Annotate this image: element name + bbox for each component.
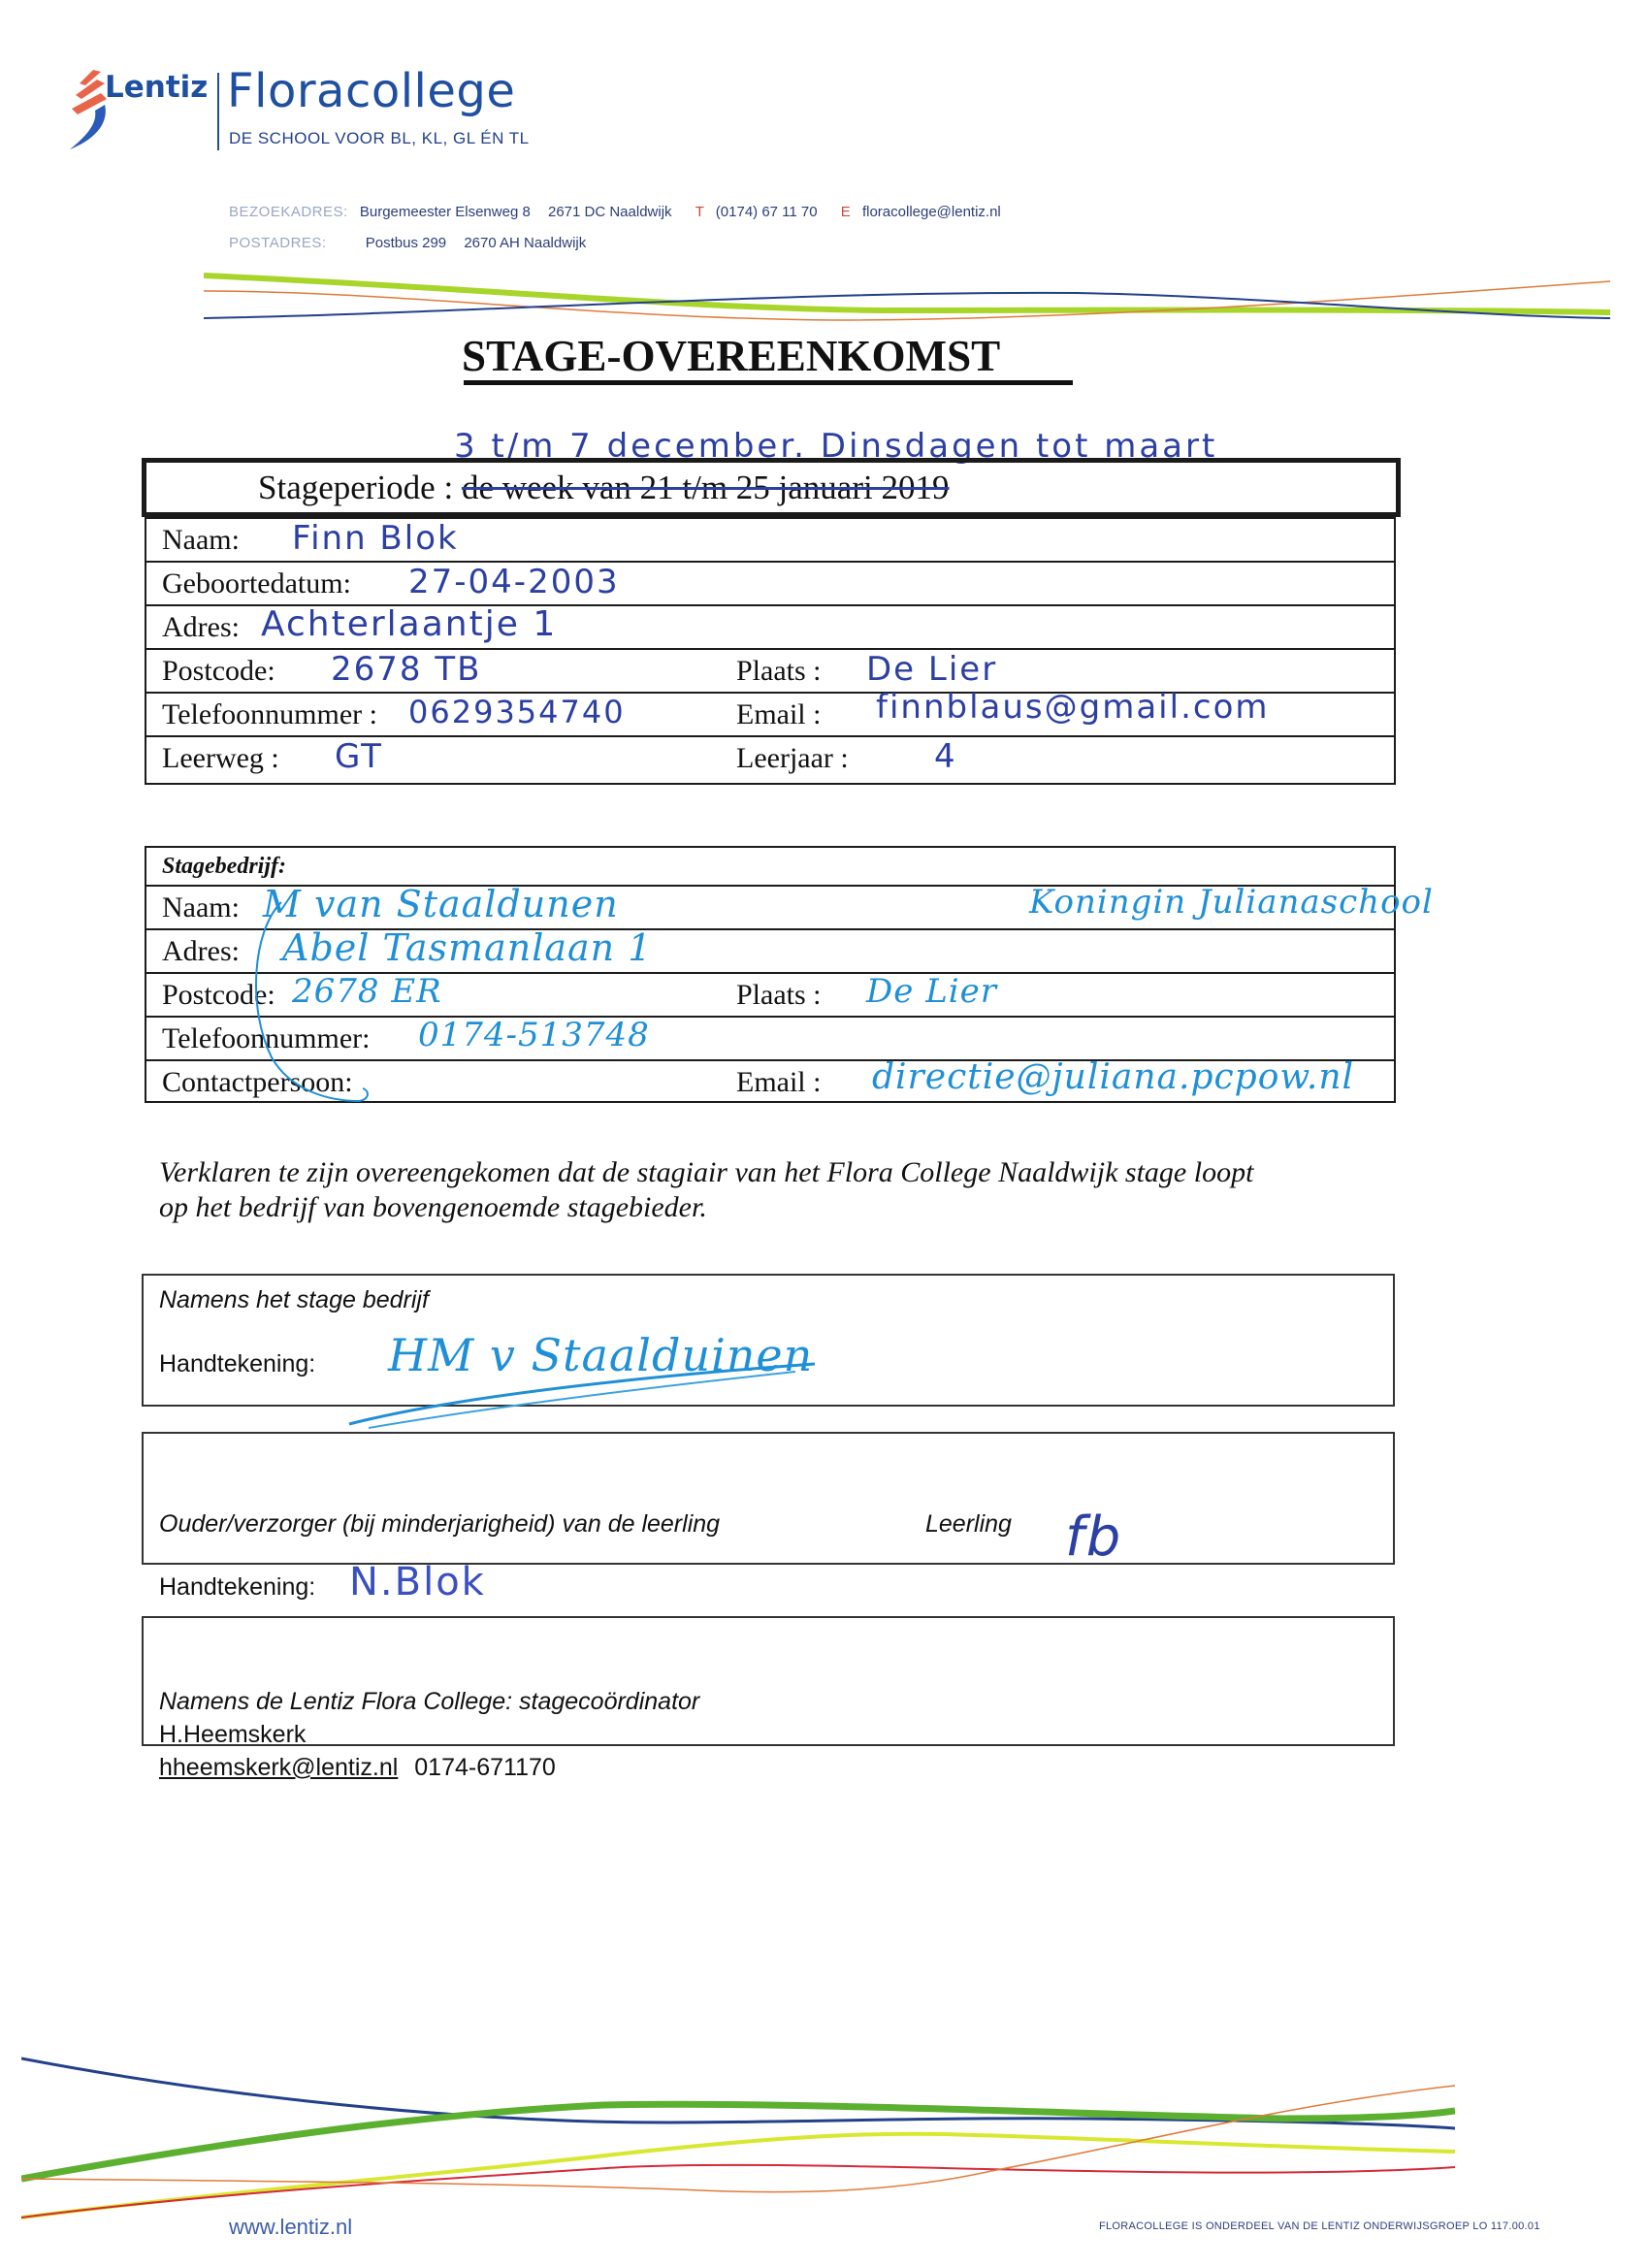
- field-label: Naam:: [162, 891, 240, 924]
- postal-label: POSTADRES:: [229, 235, 327, 251]
- school-coordinator-box: [142, 1616, 1395, 1746]
- title-underline: [464, 380, 1073, 385]
- field-label: Naam:: [162, 524, 240, 557]
- field-label: Telefoonnummer :: [162, 698, 377, 731]
- statement-line-1: Verklaren te zijn overeengekomen dat de …: [159, 1156, 1253, 1189]
- student-signature-label: Leerling: [925, 1510, 1012, 1539]
- student-info-table: Naam: Finn Blok Geboortedatum: 27-04-200…: [145, 517, 1396, 785]
- student-row-naam: Naam: Finn Blok: [146, 519, 1394, 563]
- company-email-value[interactable]: directie@juliana.pcpow.nl: [872, 1057, 1354, 1097]
- student-row-geboortedatum: Geboortedatum: 27-04-2003: [146, 563, 1394, 606]
- company-city-value[interactable]: De Lier: [866, 972, 997, 1011]
- student-city-value[interactable]: De Lier: [866, 650, 997, 689]
- field-label: Postcode:: [162, 655, 275, 688]
- footer-note: FLORACOLLEGE IS ONDERDEEL VAN DE LENTIZ …: [1099, 2220, 1540, 2232]
- school-coordinator-phone: 0174-671170: [414, 1754, 556, 1781]
- company-phone-value[interactable]: 0174-513748: [418, 1016, 650, 1054]
- logo-tagline: DE SCHOOL VOOR BL, KL, GL ÉN TL: [229, 129, 530, 148]
- parent-signature[interactable]: N.Blok: [349, 1560, 486, 1604]
- student-birthdate-value[interactable]: 27-04-2003: [408, 563, 620, 601]
- handwritten-bracket-mark: [242, 892, 417, 1116]
- parent-signature-heading: Ouder/verzorger (bij minderjarigheid) va…: [159, 1510, 720, 1539]
- school-coordinator-contact: hheemskerk@lentiz.nl 0174-671170: [159, 1754, 556, 1782]
- email-prefix: E: [841, 204, 851, 220]
- student-leerjaar-value[interactable]: 4: [934, 737, 957, 776]
- stageperiode-line: Stageperiode : de week van 21 t/m 25 jan…: [258, 469, 949, 507]
- student-row-telefoon: Telefoonnummer : 0629354740 Email : finn…: [146, 694, 1394, 737]
- visit-address: Burgemeester Elsenweg 8: [360, 204, 531, 220]
- postal-address: Postbus 299: [366, 235, 446, 251]
- field-label: Adres:: [162, 935, 240, 968]
- postal-address-line: POSTADRES: Postbus 299 2670 AH Naaldwijk: [229, 235, 586, 251]
- field-label: Leerweg :: [162, 742, 279, 775]
- student-name-value[interactable]: Finn Blok: [292, 519, 459, 558]
- logo-divider: [217, 73, 219, 150]
- school-coordinator-heading: Namens de Lentiz Flora College: stagecoö…: [159, 1688, 699, 1716]
- field-label: Plaats :: [736, 979, 822, 1012]
- field-label: Geboortedatum:: [162, 567, 351, 600]
- page-title: STAGE-OVEREENKOMST: [462, 330, 1000, 381]
- student-phone-value[interactable]: 0629354740: [408, 694, 626, 730]
- stageperiode-struck-value: de week van 21 t/m 25 januari 2019: [462, 469, 950, 506]
- email-link[interactable]: floracollege@lentiz.nl: [862, 204, 1001, 220]
- stageperiode-label: Stageperiode: [258, 469, 436, 506]
- student-signature[interactable]: fb: [1065, 1506, 1122, 1569]
- decorative-footer-lines: [21, 2047, 1455, 2221]
- school-coordinator-email-link[interactable]: hheemskerk@lentiz.nl: [159, 1754, 398, 1781]
- parent-signature-label: Handtekening:: [159, 1573, 315, 1602]
- lentiz-logo-icon: [64, 66, 111, 151]
- company-row-header: Stagebedrijf:: [146, 848, 1394, 887]
- school-coordinator-name: H.Heemskerk: [159, 1721, 306, 1749]
- parent-student-signature-box: [142, 1432, 1395, 1565]
- field-label: Adres:: [162, 611, 240, 644]
- statement-line-2: op het bedrijf van bovengenoemde stagebi…: [159, 1191, 707, 1224]
- logo-brand: Lentiz: [105, 70, 208, 105]
- student-row-adres: Adres: Achterlaantje 1: [146, 606, 1394, 650]
- visit-postcode: 2671 DC Naaldwijk: [548, 204, 672, 220]
- phone-prefix: T: [695, 204, 704, 220]
- visit-label: BEZOEKADRES:: [229, 204, 348, 220]
- logo-name: Floracollege: [227, 64, 515, 118]
- field-label: Email :: [736, 698, 821, 731]
- student-email-value[interactable]: finnblaus@gmail.com: [876, 688, 1270, 727]
- signature-flourish: [339, 1358, 824, 1436]
- student-address-value[interactable]: Achterlaantje 1: [261, 604, 557, 644]
- visit-address-line: BEZOEKADRES: Burgemeester Elsenweg 8 267…: [229, 204, 1001, 220]
- footer-website-link[interactable]: www.lentiz.nl: [229, 2215, 352, 2240]
- student-row-leerweg: Leerweg : GT Leerjaar : 4: [146, 737, 1394, 781]
- student-leerweg-value[interactable]: GT: [335, 737, 383, 776]
- postal-postcode: 2670 AH Naaldwijk: [464, 235, 586, 251]
- decorative-header-lines: [204, 270, 1610, 328]
- company-school-value[interactable]: Koningin Julianaschool: [1029, 883, 1434, 922]
- field-label: Leerjaar :: [736, 742, 849, 775]
- field-label: Email :: [736, 1066, 821, 1099]
- company-signature-heading: Namens het stage bedrijf: [159, 1286, 429, 1314]
- phone: (0174) 67 11 70: [716, 204, 818, 220]
- company-signature-label: Handtekening:: [159, 1350, 315, 1378]
- field-label: Plaats :: [736, 655, 822, 688]
- student-postcode-value[interactable]: 2678 TB: [331, 650, 481, 689]
- stageperiode-separator: :: [436, 469, 462, 506]
- company-section-label: Stagebedrijf:: [162, 854, 286, 880]
